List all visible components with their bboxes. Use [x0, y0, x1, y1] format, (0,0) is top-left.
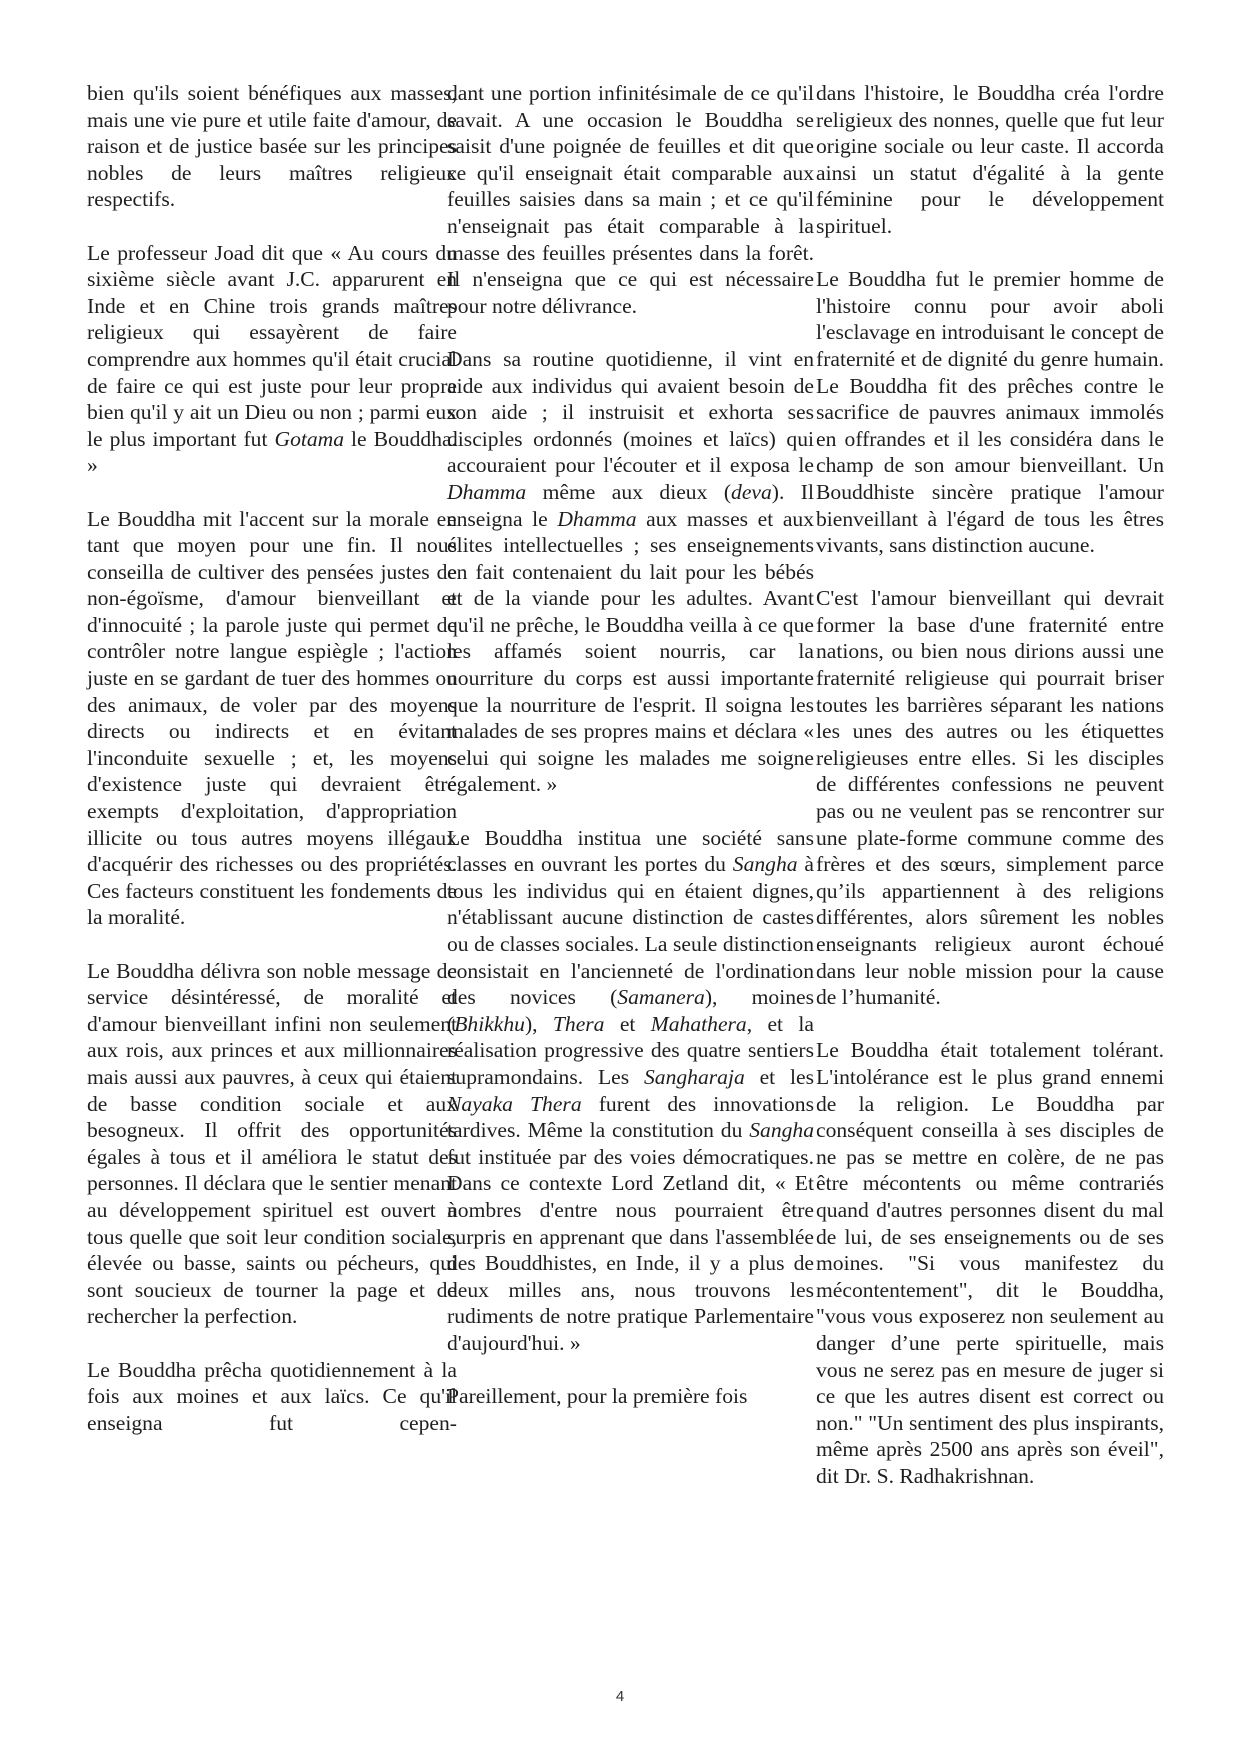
paragraph: bien qu'ils soient bénéfiques aux masses… — [87, 80, 457, 213]
text-segment: Dans sa routine quotidienne, il vint en … — [447, 347, 814, 477]
paragraph: Le Bouddha mit l'accent sur la morale en… — [87, 506, 457, 932]
italic-term: Gotama — [274, 427, 344, 451]
italic-term: Bhikkhu — [454, 1012, 525, 1036]
italic-term: deva — [731, 480, 772, 504]
paragraph: Pareillement, pour la première fois — [447, 1383, 814, 1410]
text-segment: fut instituée par des voies démocratique… — [447, 1145, 814, 1355]
italic-term: Thera — [553, 1012, 605, 1036]
italic-term: Samanera — [617, 985, 705, 1009]
text-segment: bien qu'ils soient bénéfiques aux masses… — [87, 81, 457, 211]
text-segment: Le professeur Joad dit que « Au cours du… — [87, 241, 457, 451]
paragraph: dans l'histoire, le Bouddha créa l'ordre… — [816, 80, 1164, 240]
text-segment: Le Bouddha prêcha quotidiennement à la f… — [87, 1358, 457, 1435]
paragraph: Le Bouddha fut le premier homme de l'his… — [816, 266, 1164, 559]
text-segment: même aux dieux ( — [526, 480, 731, 504]
text-segment: Le Bouddha délivra son noble message de … — [87, 959, 457, 1329]
italic-term: Nayaka Thera — [447, 1092, 582, 1116]
text-segment: aux masses et aux élites intellectuelles… — [447, 507, 814, 797]
document-page: bien qu'ils soient bénéfiques aux masses… — [0, 0, 1240, 1752]
italic-term: Dhamma — [557, 507, 636, 531]
text-segment: Le Bouddha fut le premier homme de l'his… — [816, 267, 1164, 557]
italic-term: Sangharaja — [644, 1065, 745, 1089]
paragraph: dant une portion infinitésimale de ce qu… — [447, 80, 814, 319]
text-column-1: bien qu'ils soient bénéfiques aux masses… — [87, 80, 457, 1463]
paragraph: Le Bouddha était totalement tolérant. L'… — [816, 1037, 1164, 1489]
text-column-2: dant une portion infinitésimale de ce qu… — [447, 80, 814, 1436]
italic-term: Sangha — [749, 1118, 814, 1142]
text-segment: et les — [745, 1065, 814, 1089]
text-segment: dant une portion infinitésimale de ce qu… — [447, 81, 814, 318]
paragraph: Dans sa routine quotidienne, il vint en … — [447, 346, 814, 798]
paragraph: Le professeur Joad dit que « Au cours du… — [87, 240, 457, 479]
page-number: 4 — [0, 1688, 1240, 1705]
text-segment: ), — [525, 1012, 553, 1036]
italic-term: Sangha — [733, 852, 798, 876]
text-segment: Le Bouddha mit l'accent sur la morale en… — [87, 507, 457, 930]
text-segment: Pareillement, pour la première fois — [447, 1384, 747, 1408]
text-segment: Le Bouddha était totalement tolérant. L'… — [816, 1038, 1164, 1488]
paragraph: Le Bouddha délivra son noble message de … — [87, 958, 457, 1330]
italic-term: Mahathera — [651, 1012, 747, 1036]
text-column-3: dans l'histoire, le Bouddha créa l'ordre… — [816, 80, 1164, 1516]
paragraph: Le Bouddha prêcha quotidiennement à la f… — [87, 1357, 457, 1437]
text-segment: et — [604, 1012, 650, 1036]
text-segment: C'est l'amour bienveillant qui devrait f… — [816, 586, 1164, 1009]
paragraph: Le Bouddha institua une société sans cla… — [447, 825, 814, 1357]
text-segment: dans l'histoire, le Bouddha créa l'ordre… — [816, 81, 1164, 238]
italic-term: Dhamma — [447, 480, 526, 504]
paragraph: C'est l'amour bienveillant qui devrait f… — [816, 585, 1164, 1011]
